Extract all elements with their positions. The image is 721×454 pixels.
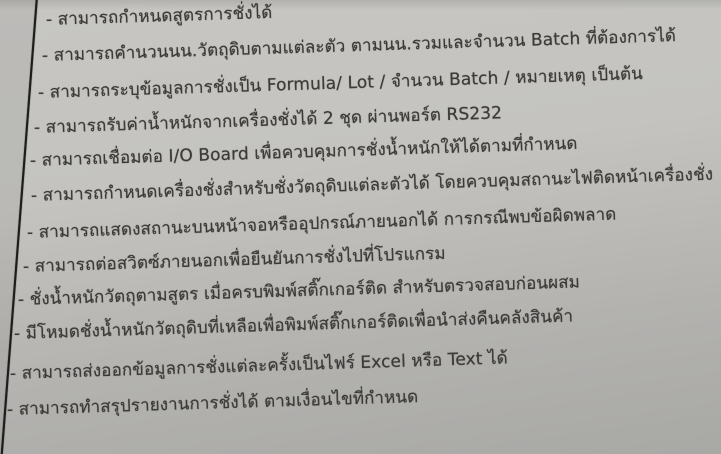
feature-item: - สามารถคำนวนนน.วัตถุดิบตามแต่ละตัว ตามน… (42, 25, 721, 67)
feature-item: - สามารถระบุข้อมูลการชั่งเป็น Formula/ L… (38, 62, 721, 104)
feature-item: - มีโหมดชั่งน้ำหนักวัตถุดิบที่เหลือเพื่อ… (14, 302, 721, 345)
feature-item: - สามารถทำสรุปรายงานการชั่งได้ ตามเงื่อน… (7, 378, 721, 421)
feature-item: - สามารถส่งออกข้อมูลการชั่งแต่ละครั้งเป็… (10, 342, 721, 385)
feature-list: - สามารถกำหนดสูตรการชั่งได้ - สามารถคำนว… (0, 10, 721, 421)
feature-item: - สามารถกำหนดสูตรการชั่งได้ (46, 0, 721, 31)
photographed-document: - สามารถกำหนดสูตรการชั่งได้ - สามารถคำนว… (0, 0, 721, 454)
feature-item: - สามารถกำหนดเครื่องชั่งสำหรับชั่งวัตถุด… (31, 164, 721, 207)
